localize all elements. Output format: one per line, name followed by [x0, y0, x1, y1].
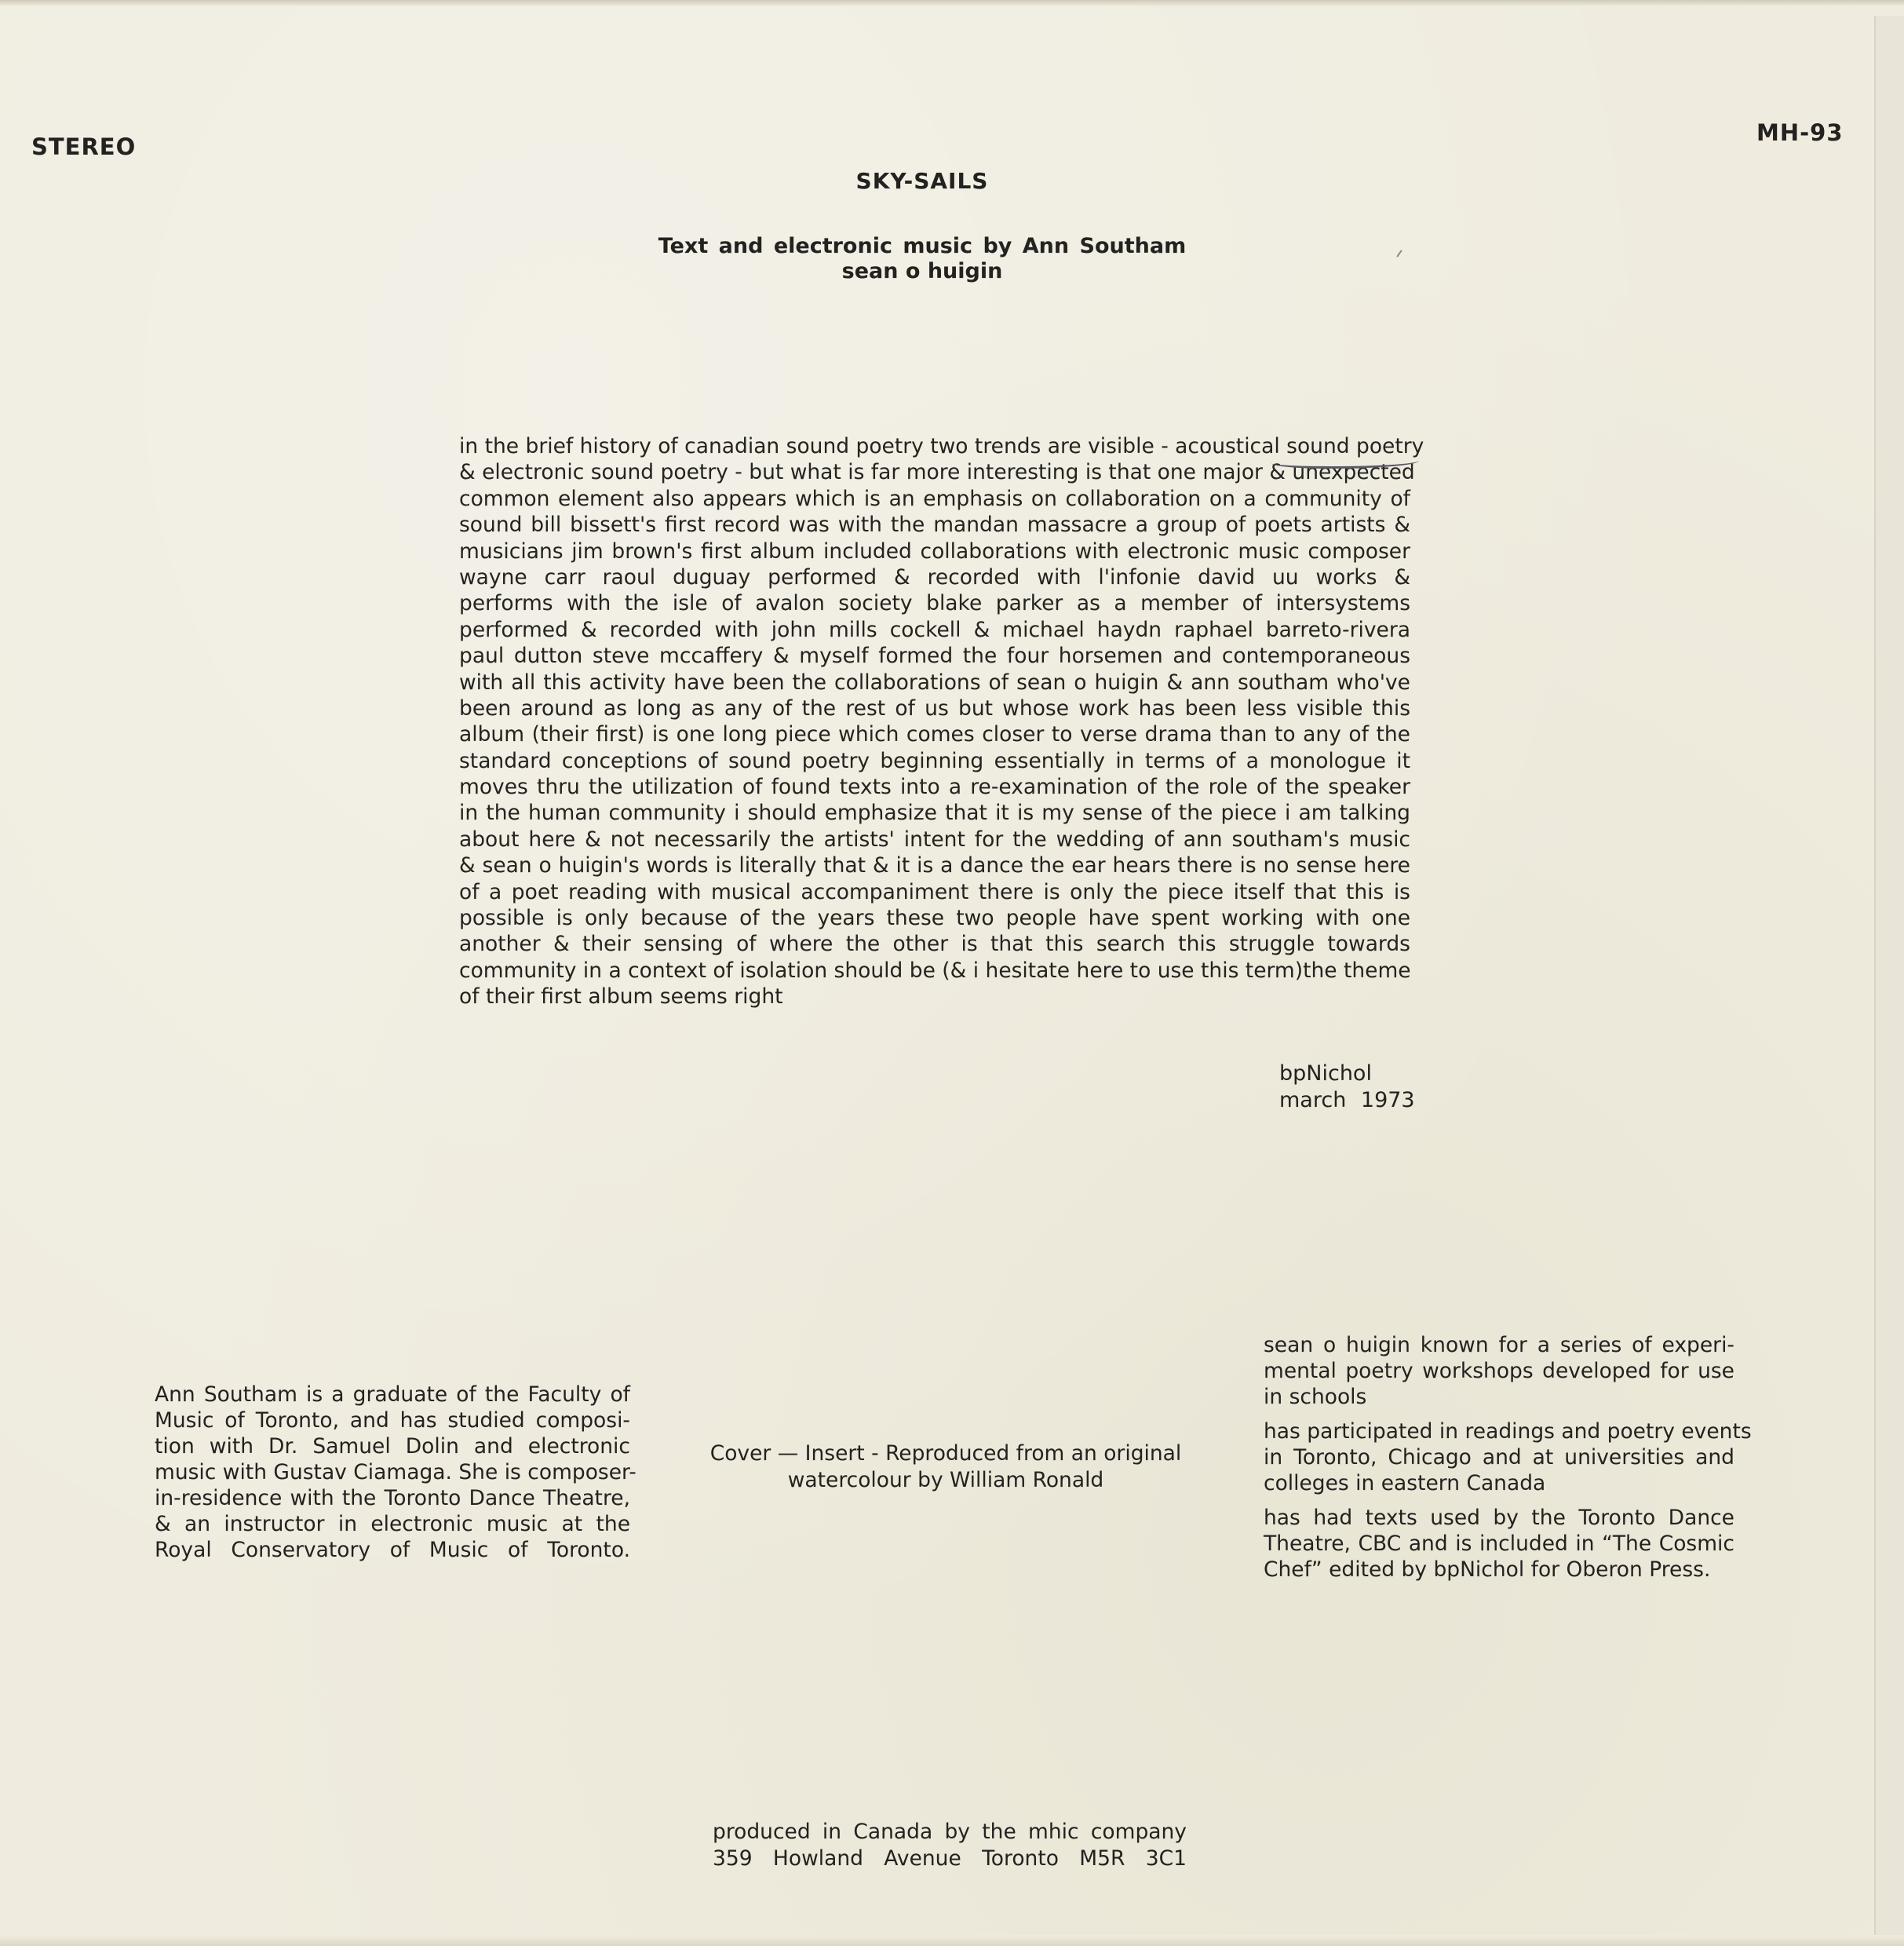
- bio-sean-o-huigin: sean o huigin known for a series of expe…: [1264, 1332, 1734, 1591]
- liner-notes-line: been around as long as any of the rest o…: [459, 696, 1410, 721]
- top-edge: [0, 0, 1904, 6]
- bio-line: tion with Dr. Samuel Dolin and electroni…: [155, 1433, 630, 1459]
- bio-line: Royal Conservatory of Music of Toronto.: [155, 1537, 630, 1563]
- bio-ann-southam: Ann Southam is a graduate of the Faculty…: [155, 1382, 630, 1563]
- bio-line: mental poetry workshops developed for us…: [1264, 1358, 1734, 1384]
- liner-notes-line: performed & recorded with john mills coc…: [459, 617, 1410, 643]
- credits-line-2: sean o huigin: [0, 259, 1844, 283]
- bio-line: Chef” edited by bpNichol for Oberon Pres…: [1264, 1557, 1734, 1583]
- catalog-number: MH-93: [1756, 119, 1844, 146]
- bio-line: Music of Toronto, and has studied compos…: [155, 1407, 630, 1433]
- liner-notes-line: paul dutton steve mccaffery & myself for…: [459, 643, 1410, 669]
- cover-credit-line-1: Cover — Insert - Reproduced from an orig…: [691, 1441, 1201, 1466]
- address-text: 359 Howland Avenue Toronto M5R 3C1: [713, 1846, 1187, 1871]
- liner-notes-line: community in a context of isolation shou…: [459, 958, 1410, 984]
- signature-name: bpNichol: [1279, 1061, 1372, 1086]
- liner-notes-line: & sean o huigin's words is literally tha…: [459, 853, 1410, 878]
- bio-line: Theatre, CBC and is included in “The Cos…: [1264, 1531, 1734, 1557]
- liner-notes-line: with all this activity have been the col…: [459, 670, 1410, 696]
- bio-paragraph: sean o huigin known for a series of expe…: [1264, 1332, 1734, 1410]
- liner-notes-line: album (their first) is one long piece wh…: [459, 721, 1410, 747]
- bio-line: in Toronto, Chicago and at universities …: [1264, 1444, 1734, 1470]
- bio-paragraph: has had texts used by the Toronto DanceT…: [1264, 1505, 1734, 1583]
- liner-notes-line: in the brief history of canadian sound p…: [459, 433, 1410, 459]
- bio-line: Ann Southam is a graduate of the Faculty…: [155, 1382, 630, 1407]
- liner-notes-line: in the human community i should emphasiz…: [459, 800, 1410, 826]
- bottom-edge: [0, 1935, 1904, 1946]
- stereo-label: STEREO: [31, 133, 136, 160]
- liner-notes: in the brief history of canadian sound p…: [459, 433, 1410, 1010]
- credits-line-1: Text and electronic music by Ann Southam: [0, 234, 1844, 258]
- bio-line: in-residence with the Toronto Dance Thea…: [155, 1485, 630, 1511]
- liner-notes-line: possible is only because of the years th…: [459, 905, 1410, 931]
- liner-notes-line: wayne carr raoul duguay performed & reco…: [459, 564, 1410, 590]
- liner-notes-line: another & their sensing of where the oth…: [459, 931, 1410, 957]
- sleeve-spine-edge: [1874, 16, 1904, 1946]
- bio-line: has had texts used by the Toronto Dance: [1264, 1505, 1734, 1531]
- liner-notes-line: about here & not necessarily the artists…: [459, 827, 1410, 853]
- bio-paragraph: has participated in readings and poetry …: [1264, 1418, 1734, 1496]
- liner-notes-line: performs with the isle of avalon society…: [459, 590, 1410, 616]
- bio-line: has participated in readings and poetry …: [1264, 1418, 1734, 1444]
- producer-text: produced in Canada by the mhic company: [713, 1820, 1187, 1844]
- album-title: SKY-SAILS: [0, 168, 1844, 194]
- liner-notes-line: sound bill bissett's first record was wi…: [459, 512, 1410, 538]
- cover-credit-line-2: watercolour by William Ronald: [691, 1468, 1201, 1492]
- bio-line: colleges in eastern Canada: [1264, 1470, 1734, 1496]
- bio-line: & an instructor in electronic music at t…: [155, 1511, 630, 1537]
- bio-line: sean o huigin known for a series of expe…: [1264, 1332, 1734, 1358]
- liner-notes-line: moves thru the utilization of found text…: [459, 774, 1410, 800]
- liner-notes-line: common element also appears which is an …: [459, 486, 1410, 512]
- liner-notes-line: of a poet reading with musical accompani…: [459, 879, 1410, 905]
- liner-notes-line: of their first album seems right: [459, 984, 1410, 1010]
- bio-line: music with Gustav Ciamaga. She is compos…: [155, 1459, 630, 1485]
- signature-date: march 1973: [1279, 1088, 1415, 1112]
- liner-notes-line: standard conceptions of sound poetry beg…: [459, 748, 1410, 774]
- liner-notes-line: & electronic sound poetry - but what is …: [459, 459, 1410, 485]
- liner-notes-line: musicians jim brown's first album includ…: [459, 539, 1410, 564]
- address-line: 359 Howland Avenue Toronto M5R 3C1: [713, 1846, 1187, 1871]
- producer-line: produced in Canada by the mhic company: [713, 1820, 1187, 1844]
- bio-line: in schools: [1264, 1384, 1734, 1410]
